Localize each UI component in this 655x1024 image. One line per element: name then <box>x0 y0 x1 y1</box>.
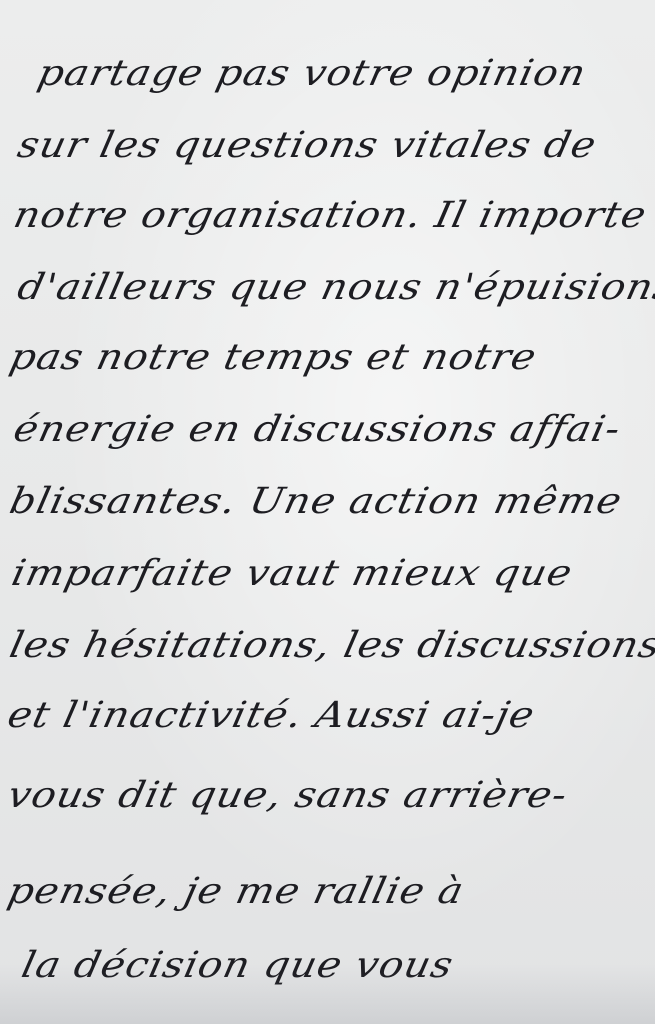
letter-page: partage pas votre opinion sur les questi… <box>0 0 655 1024</box>
handwritten-line-9: les hésitations, les discussions <box>6 625 655 666</box>
handwritten-line-4: d'ailleurs que nous n'épuisions <box>14 267 655 308</box>
handwritten-line-1: partage pas votre opinion <box>34 53 590 94</box>
handwritten-line-11: vous dit que, sans arrière- <box>4 775 571 816</box>
handwritten-line-10: et l'inactivité. Aussi ai-je <box>4 695 539 736</box>
handwritten-line-2: sur les questions vitales de <box>14 125 600 166</box>
handwritten-line-12: pensée, je me rallie à <box>4 871 468 912</box>
handwritten-line-6: énergie en discussions affai- <box>10 409 625 450</box>
handwritten-line-8: imparfaite vaut mieux que <box>8 553 576 594</box>
handwritten-line-5: pas notre temps et notre <box>6 337 541 378</box>
handwritten-line-3: notre organisation. Il importe <box>10 195 651 236</box>
handwritten-line-13: la décision que vous <box>18 945 457 986</box>
handwritten-line-7: blissantes. Une action même <box>6 481 626 522</box>
